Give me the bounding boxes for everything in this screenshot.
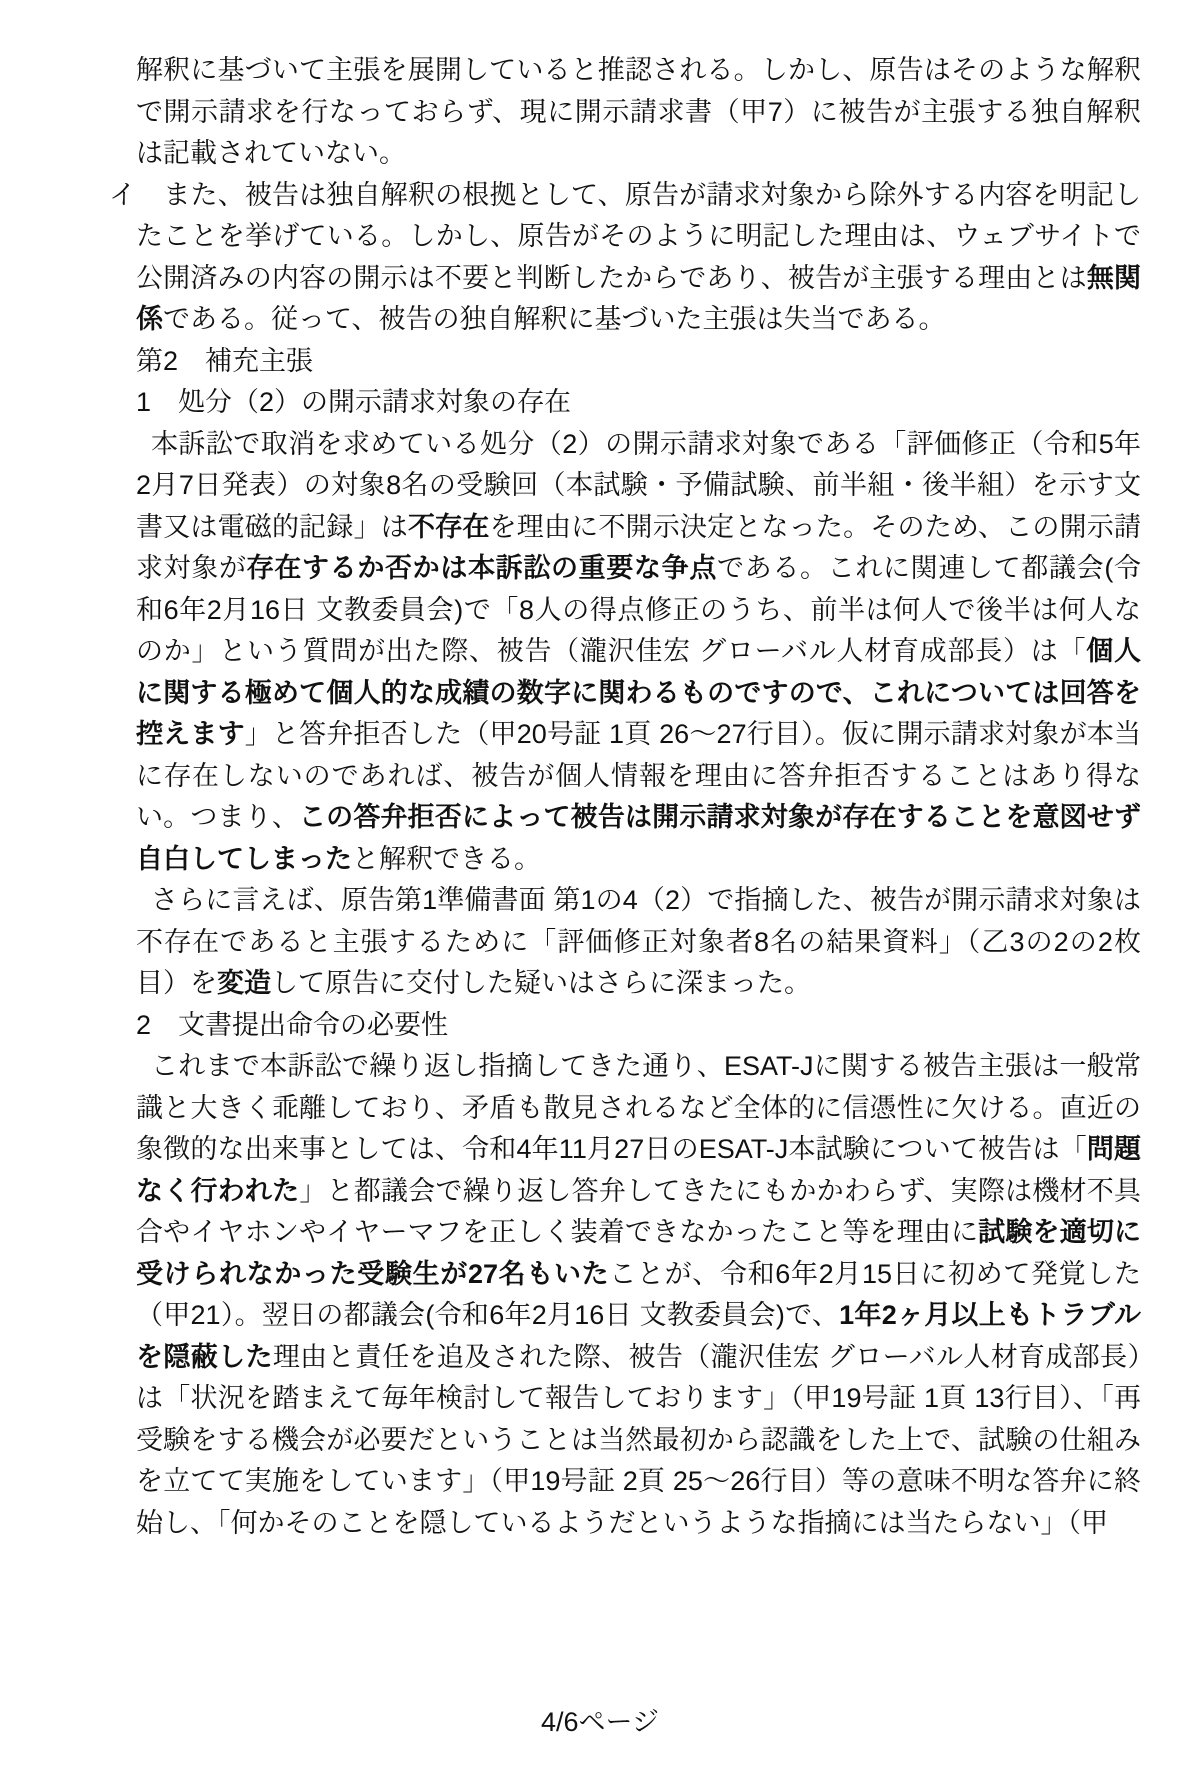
text-run: イ また、被告は独自解釈の根拠として、原告が請求対象から除外する内容を明記したこ… <box>109 180 1141 293</box>
bold-text-run: 不存在 <box>408 512 490 542</box>
text-run: である。従って、被告の独自解釈に基づいた主張は失当である。 <box>163 304 945 334</box>
text-run: 2 文書提出命令の必要性 <box>136 1010 448 1040</box>
paragraph-falsification-suspicion: さらに言えば、原告第1準備書面 第1の4（2）で指摘した、被告が開示請求対象は不… <box>136 880 1141 1005</box>
paragraph-document-production-order: これまで本訴訟で繰り返し指摘してきた通り、ESAT-Jに関する被告主張は一般常識… <box>136 1046 1141 1544</box>
subsection-1-heading: 1 処分（2）の開示請求対象の存在 <box>136 382 1141 424</box>
subsection-2-heading: 2 文書提出命令の必要性 <box>136 1005 1141 1047</box>
legal-document-page: 解釈に基づいて主張を展開していると推認される。しかし、原告はそのような解釈で開示… <box>0 0 1200 1776</box>
paragraph-disclosure-target-existence: 本訴訟で取消を求めている処分（2）の開示請求対象である「評価修正（令和5年2月7… <box>136 424 1141 881</box>
text-run: して原告に交付した疑いはさらに深まった。 <box>271 968 811 998</box>
section-heading-dai2: 第2 補充主張 <box>136 341 1141 383</box>
carryover-paragraph: 解釈に基づいて主張を展開していると推認される。しかし、原告はそのような解釈で開示… <box>136 50 1141 175</box>
text-run: これまで本訴訟で繰り返し指摘してきた通り、ESAT-Jに関する被告主張は一般常識… <box>136 1051 1141 1164</box>
text-run: 第2 補充主張 <box>136 346 313 376</box>
bold-text-run: 変造 <box>217 968 271 998</box>
text-run: 解釈に基づいて主張を展開していると推認される。しかし、原告はそのような解釈で開示… <box>136 55 1141 168</box>
text-run: と解釈できる。 <box>352 844 541 874</box>
item-i-paragraph: イ また、被告は独自解釈の根拠として、原告が請求対象から除外する内容を明記したこ… <box>136 175 1141 341</box>
text-run: 1 処分（2）の開示請求対象の存在 <box>136 387 571 417</box>
bold-text-run: 存在するか否かは本訴訟の重要な争点 <box>247 553 717 583</box>
text-run: 理由と責任を追及された際、被告（瀧沢佳宏 グローバル人材育成部長）は「状況を踏ま… <box>136 1342 1141 1538</box>
page-number: 4/6ページ <box>0 1702 1200 1744</box>
